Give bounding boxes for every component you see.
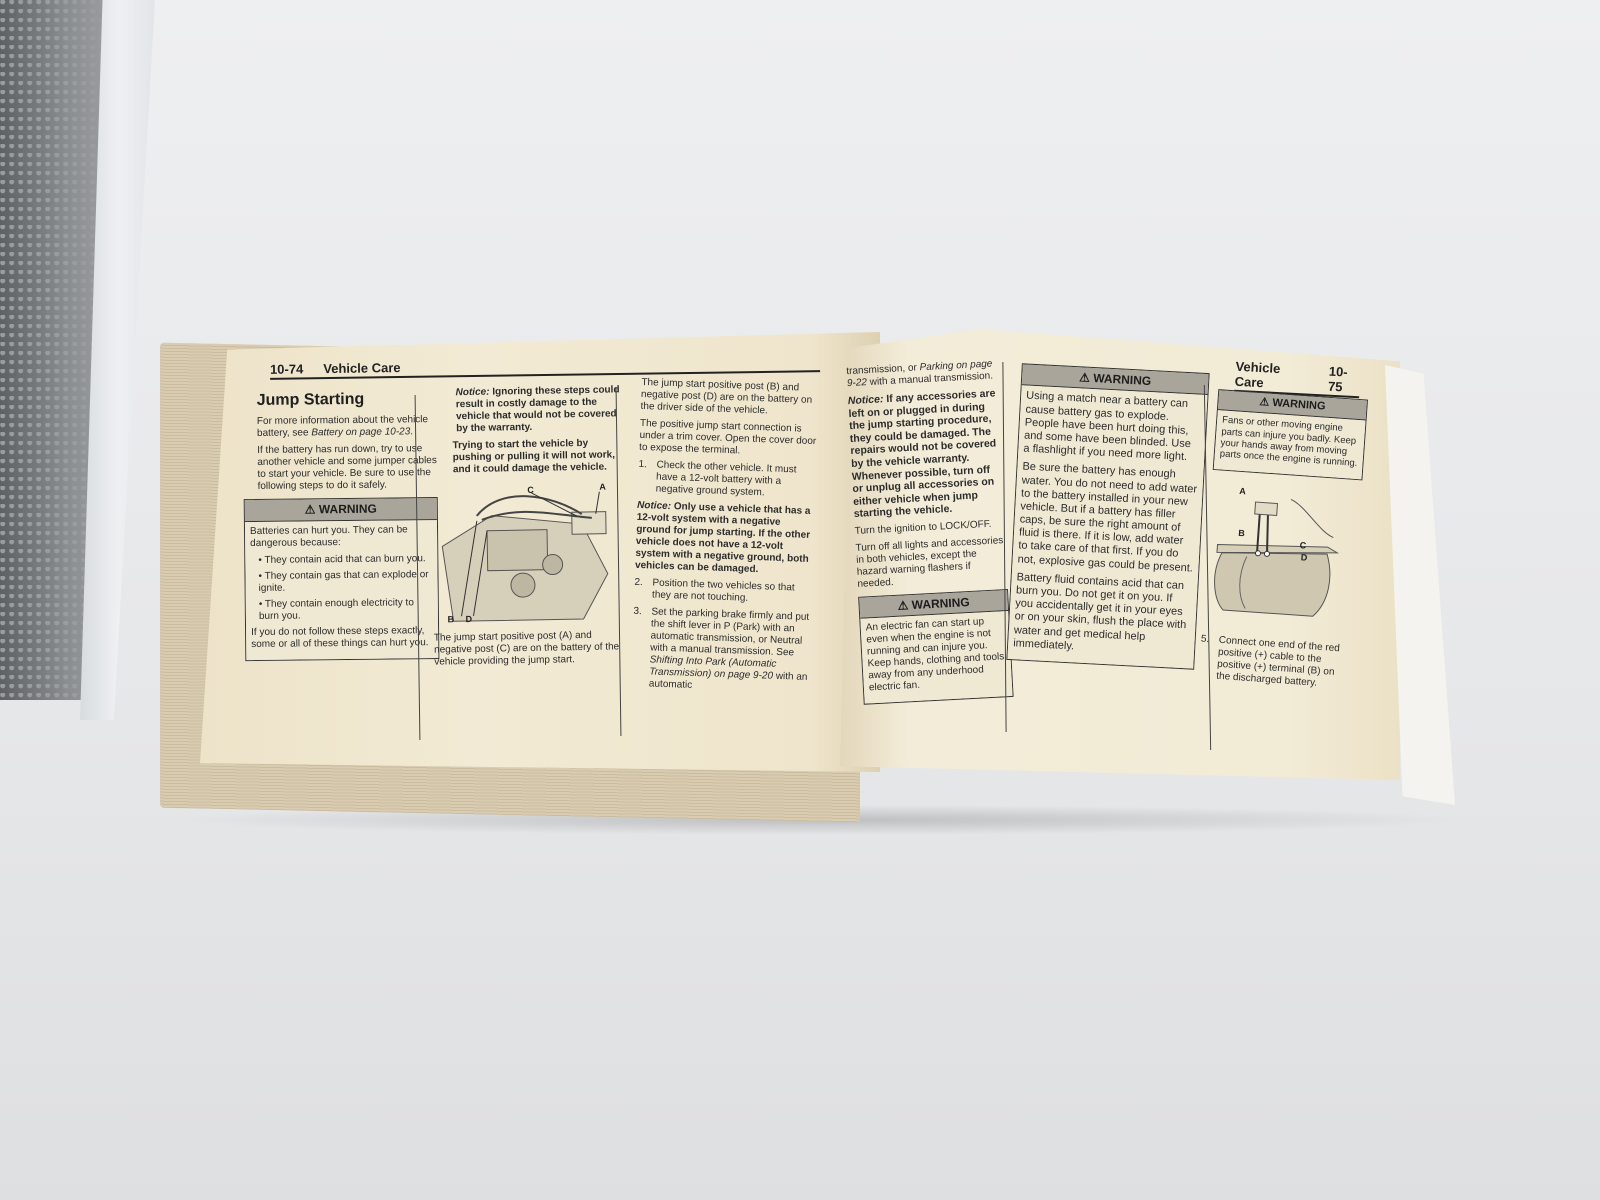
battery-page-link[interactable]: Battery on page 10-23 (311, 427, 410, 439)
step-3: 3. Set the parking brake firmly and put … (631, 606, 814, 696)
warning-bullet: They contain gas that can explode or ign… (258, 569, 432, 595)
figure-caption: The jump start positive post (A) and neg… (434, 629, 625, 668)
left-col-2: Notice: Ignoring these steps could resul… (430, 384, 625, 673)
step-1: 1. Check the other vehicle. It must have… (637, 459, 818, 501)
shifting-page-link[interactable]: Shifting Into Park (Automatic Transmissi… (649, 654, 776, 681)
moving-parts-warning-box: ⚠ WARNING Fans or other moving engine pa… (1213, 389, 1368, 480)
figure-label-d: D (1300, 552, 1307, 563)
warning-paragraph: Be sure the battery has enough water. Yo… (1017, 461, 1198, 576)
notice-paragraph: Notice: If any accessories are left on o… (848, 387, 1004, 521)
step-4a: Turn the ignition to LOCK/OFF. (854, 518, 1004, 538)
step-5: 5. Connect one end of the red positive (… (1198, 633, 1351, 691)
steps-list: 2. Position the two vehicles so that the… (631, 577, 815, 696)
figure-label-b: B (1238, 528, 1245, 539)
paragraph: The positive jump start connection is un… (639, 418, 820, 460)
left-page-section: Vehicle Care (323, 360, 401, 376)
steps-list: 1. Check the other vehicle. It must have… (637, 459, 818, 501)
warning-closing: If you do not follow these steps exactly… (251, 625, 433, 651)
notice-paragraph: Notice: Ignoring these steps could resul… (430, 384, 621, 435)
battery-gas-warning-box: ⚠ WARNING Using a match near a battery c… (1006, 363, 1209, 669)
section-title: Jump Starting (257, 389, 437, 410)
battery-terminal-diagram-icon (1202, 484, 1351, 633)
right-col-2: ⚠ WARNING Using a match near a battery c… (1006, 357, 1210, 675)
figure-label-a: A (599, 484, 606, 493)
left-col-3: The jump start positive post (B) and neg… (631, 377, 822, 701)
intro-paragraph-1: For more information about the vehicle b… (257, 414, 437, 440)
warning-triangle-icon: ⚠ (1259, 396, 1270, 409)
intro-paragraph-2: If the battery has run down, try to use … (257, 443, 437, 493)
figure-label-d: D (465, 614, 472, 625)
figure-label-a: A (1239, 486, 1246, 497)
figure-label-c: C (527, 485, 534, 496)
engine-diagram-icon (431, 484, 613, 627)
step-2: 2. Position the two vehicles so that the… (634, 577, 815, 607)
warning-bullet: They contain acid that can burn you. (258, 553, 432, 567)
warning-paragraph: Using a match near a battery can cause b… (1023, 390, 1202, 465)
battery-warning-box: ⚠ WARNING Batteries can hurt you. They c… (244, 497, 440, 660)
warning-text: Fans or other moving engine parts can in… (1219, 415, 1360, 470)
notice-paragraph: Notice: Only use a vehicle that has a 12… (635, 500, 817, 578)
warning-bullet: They contain enough electricity to burn … (259, 597, 433, 623)
figure-label-c: C (1299, 540, 1306, 551)
left-col-1: Jump Starting For more information about… (257, 389, 440, 666)
battery-terminal-illustration: A B C D (1202, 484, 1351, 633)
figure-label-b: B (447, 614, 454, 625)
right-col-3: ⚠ WARNING Fans or other moving engine pa… (1198, 383, 1369, 696)
warning-paragraph: Battery fluid contains acid that can bur… (1013, 571, 1193, 659)
left-page-number: 10-74 (270, 361, 303, 376)
warning-header: ⚠ WARNING (245, 498, 437, 521)
warning-triangle-icon: ⚠ (1079, 370, 1090, 385)
warning-text: An electric fan can start up even when t… (866, 616, 1008, 695)
electric-fan-warning-box: ⚠ WARNING An electric fan can start up e… (858, 589, 1013, 705)
paragraph: The jump start positive post (B) and neg… (640, 377, 821, 419)
steps-list: 5. Connect one end of the red positive (… (1198, 633, 1351, 691)
step-4b: Turn off all lights and accessories in b… (855, 535, 1007, 591)
warning-lead: Batteries can hurt you. They can be dang… (250, 524, 432, 550)
warning-triangle-icon: ⚠ (305, 503, 316, 517)
warning-bullets: They contain acid that can burn you. The… (258, 553, 433, 623)
warning-triangle-icon: ⚠ (897, 598, 908, 613)
engine-bay-illustration: C A B D (431, 484, 613, 627)
right-col-1: transmission, or Parking on page 9-22 wi… (846, 358, 1014, 711)
push-start-warning: Trying to start the vehicle by pushing o… (430, 437, 621, 476)
